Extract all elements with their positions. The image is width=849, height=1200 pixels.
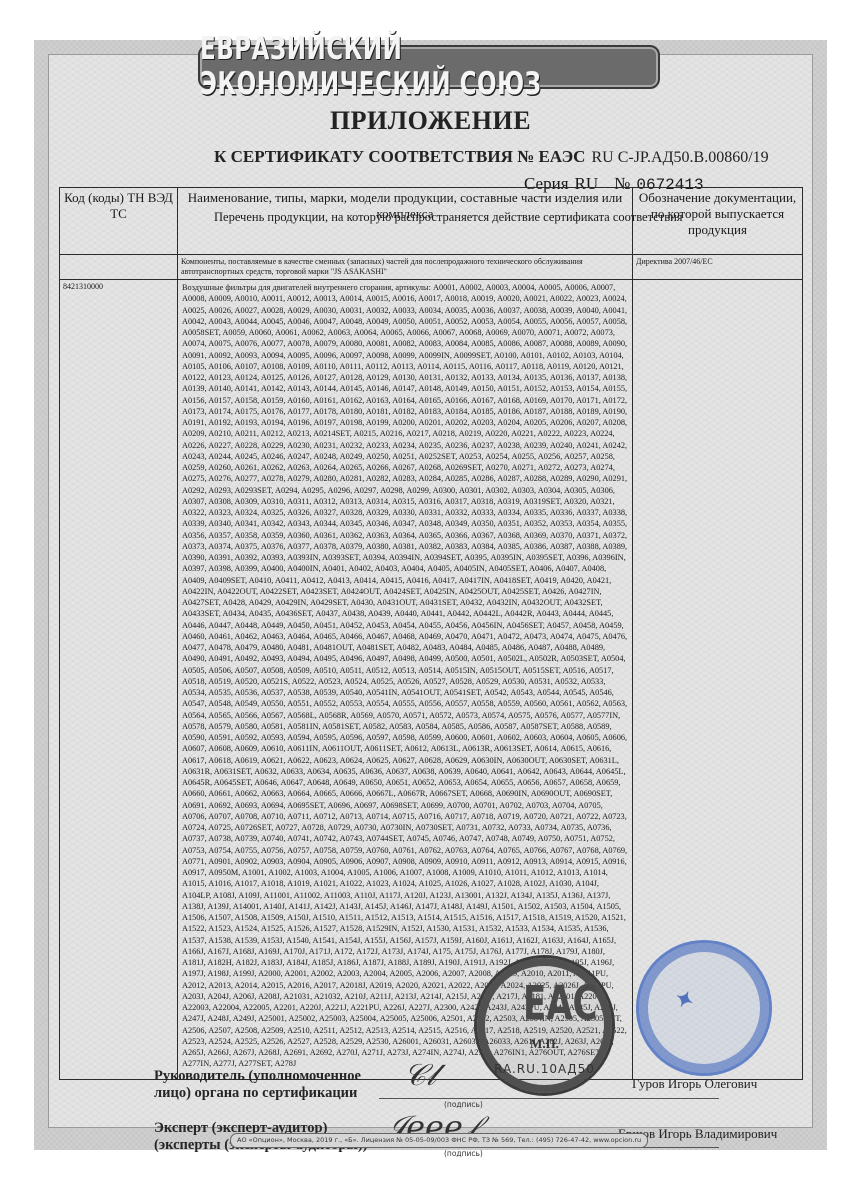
page-title: ПРИЛОЖЕНИЕ	[34, 106, 827, 136]
company-blue-stamp: ✦	[636, 940, 772, 1076]
printer-info: АО «Опцион», Москва, 2019 г., «Б». Лицен…	[230, 1133, 648, 1148]
subtitle-text: К СЕРТИФИКАТУ СООТВЕТСТВИЯ № ЕАЭС	[214, 147, 585, 166]
certification-body-stamp: EAC М.П. RA.RU.10АД50	[474, 955, 615, 1096]
eac-logo-icon: EAC	[523, 976, 598, 1032]
certificate-subtitle: К СЕРТИФИКАТУ СООТВЕТСТВИЯ № ЕАЭСRU C-JP…	[214, 147, 769, 167]
blue-stamp-logo-icon: ✦	[670, 984, 698, 1015]
certificate-number: RU C-JP.АД50.В.00860/19	[591, 149, 768, 166]
head-signature-line	[379, 1098, 719, 1099]
table-row: Компоненты, поставляемые в качестве смен…	[60, 255, 803, 280]
head-name: Гуров Игорь Олегович	[632, 1076, 757, 1092]
head-signature: 𝒞𝓁	[404, 1058, 436, 1093]
row-code	[60, 255, 178, 280]
row-description: Компоненты, поставляемые в качестве смен…	[178, 255, 633, 280]
header-documentation: Обозначение документации, по которой вып…	[633, 188, 803, 255]
row-documentation: Директива 2007/46/ЕС	[633, 255, 803, 280]
stamp-mark: М.П.	[477, 1036, 612, 1052]
table-header-row: Код (коды) ТН ВЭД ТС Наименование, типы,…	[60, 188, 803, 255]
stamp-registration: RA.RU.10АД50	[477, 1062, 612, 1076]
header-description: Наименование, типы, марки, модели продук…	[178, 188, 633, 255]
expert-caption: (подпись)	[444, 1149, 483, 1158]
head-label: Руководитель (уполномоченное лицо) орган…	[154, 1068, 374, 1102]
eaeu-banner: ЕВРАЗИЙСКИЙ ЭКОНОМИЧЕСКИЙ СОЮЗ	[198, 45, 660, 89]
header-code: Код (коды) ТН ВЭД ТС	[60, 188, 178, 255]
banner-text: ЕВРАЗИЙСКИЙ ЭКОНОМИЧЕСКИЙ СОЮЗ	[200, 32, 658, 102]
row-code: 8421310000	[60, 280, 178, 1080]
